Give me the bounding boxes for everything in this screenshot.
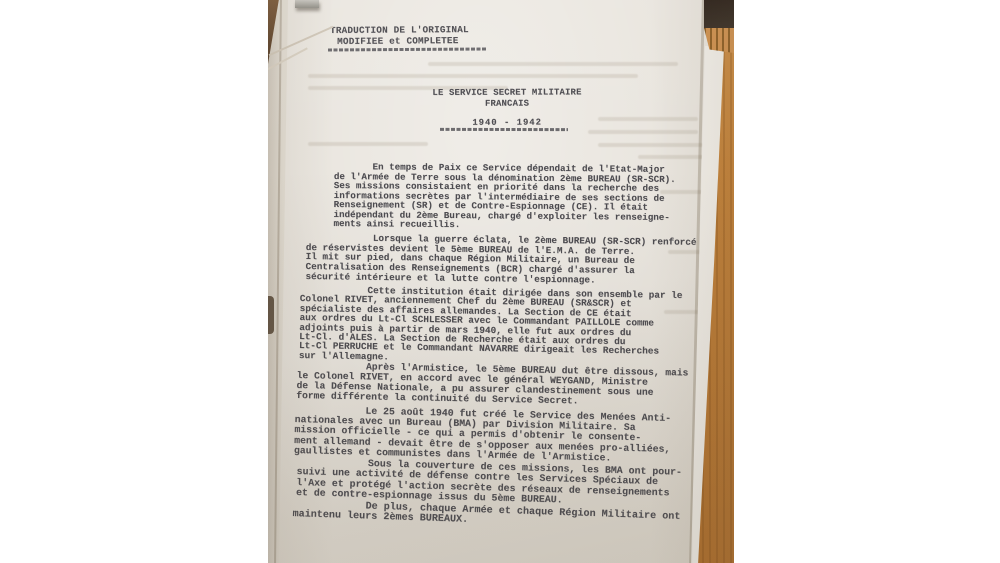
underlying-pages-left-edge: [268, 0, 288, 563]
paragraph-1: En temps de Paix ce Service dépendait de…: [333, 162, 675, 232]
bleedthrough-mark: [308, 142, 428, 146]
bleedthrough-mark: [308, 74, 638, 78]
paragraph-2: Lorsque la guerre éclata, le 2ème BUREAU…: [305, 233, 696, 286]
paragraph-3: Cette institution était dirigée dans son…: [299, 285, 683, 366]
staple: [295, 0, 319, 8]
table-gap-notch: [268, 296, 274, 334]
bleedthrough-mark: [598, 143, 703, 147]
document-photo: TRADUCTION DE L'ORIGINAL MODIFIEE et COM…: [268, 0, 734, 563]
wood-dark-corner: [704, 0, 734, 29]
paragraph-4: Après l'Armistice, le 5ème BUREAU dut êt…: [296, 361, 688, 408]
paragraph-5: Le 25 août 1940 fut créé le Service des …: [294, 405, 671, 465]
title-underline: [440, 128, 568, 131]
title-block: LE SERVICE SECRET MILITAIRE FRANCAIS 194…: [410, 87, 604, 129]
translation-stamp: TRADUCTION DE L'ORIGINAL MODIFIEE et COM…: [330, 24, 469, 47]
stamp-line-2: MODIFIEE et COMPLETEE: [337, 35, 469, 47]
bleedthrough-mark: [428, 62, 678, 66]
stamp-underline: [328, 47, 486, 51]
document-title: LE SERVICE SECRET MILITAIRE FRANCAIS: [410, 87, 604, 110]
bleedthrough-mark: [588, 130, 698, 134]
bleedthrough-mark: [598, 117, 698, 121]
